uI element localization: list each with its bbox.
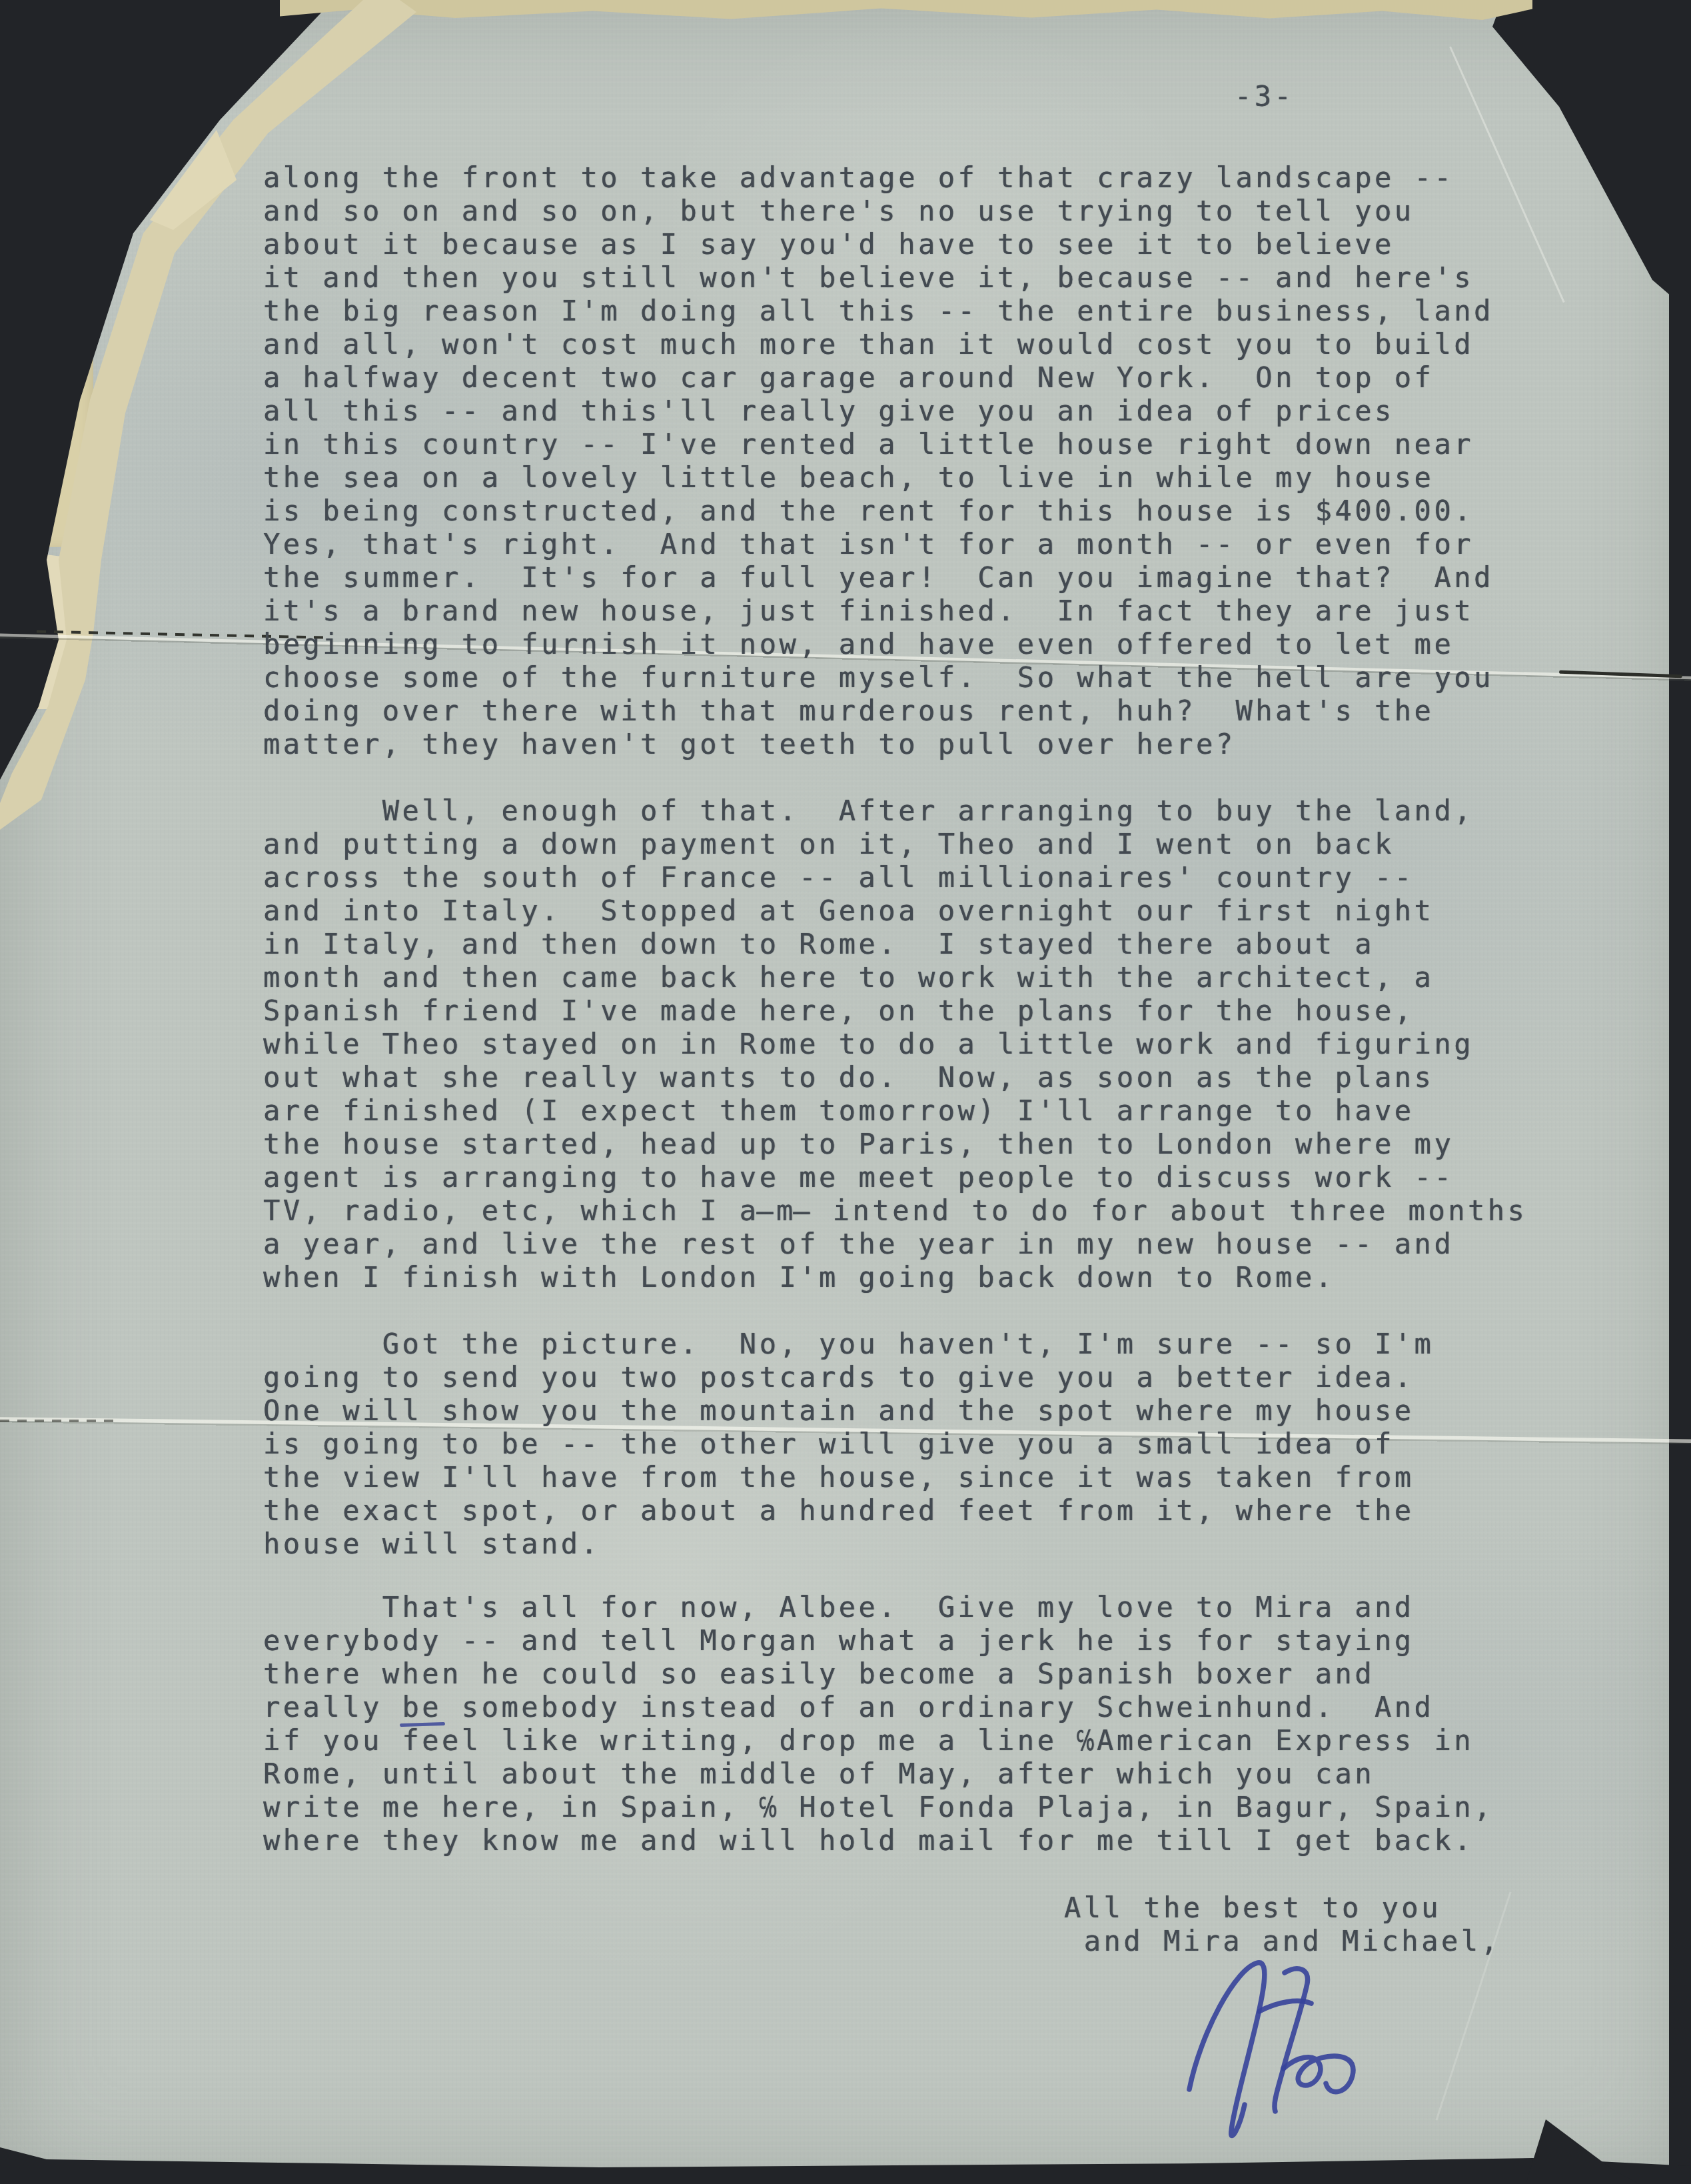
scanned-letter-page: -3- along the front to take advantage of… (0, 0, 1691, 2184)
paragraph-3: Got the picture. No, you haven't, I'm su… (263, 1328, 1434, 1561)
signature (1126, 1926, 1419, 2166)
signature-stroke-2 (1275, 1969, 1308, 2111)
signature-stroke-4 (1283, 2056, 1353, 2092)
crease-crack-left-lower (0, 1420, 113, 1422)
page-number: -3- (1235, 80, 1294, 113)
signature-stroke-1 (1189, 1963, 1265, 2136)
paragraph-4: That's all for now, Albee. Give my love … (263, 1591, 1494, 1857)
scan-background-right-edge (1669, 200, 1691, 2184)
paragraph-2: Well, enough of that. After arranging to… (263, 794, 1527, 1294)
paragraph-1: along the front to take advantage of tha… (263, 161, 1494, 761)
